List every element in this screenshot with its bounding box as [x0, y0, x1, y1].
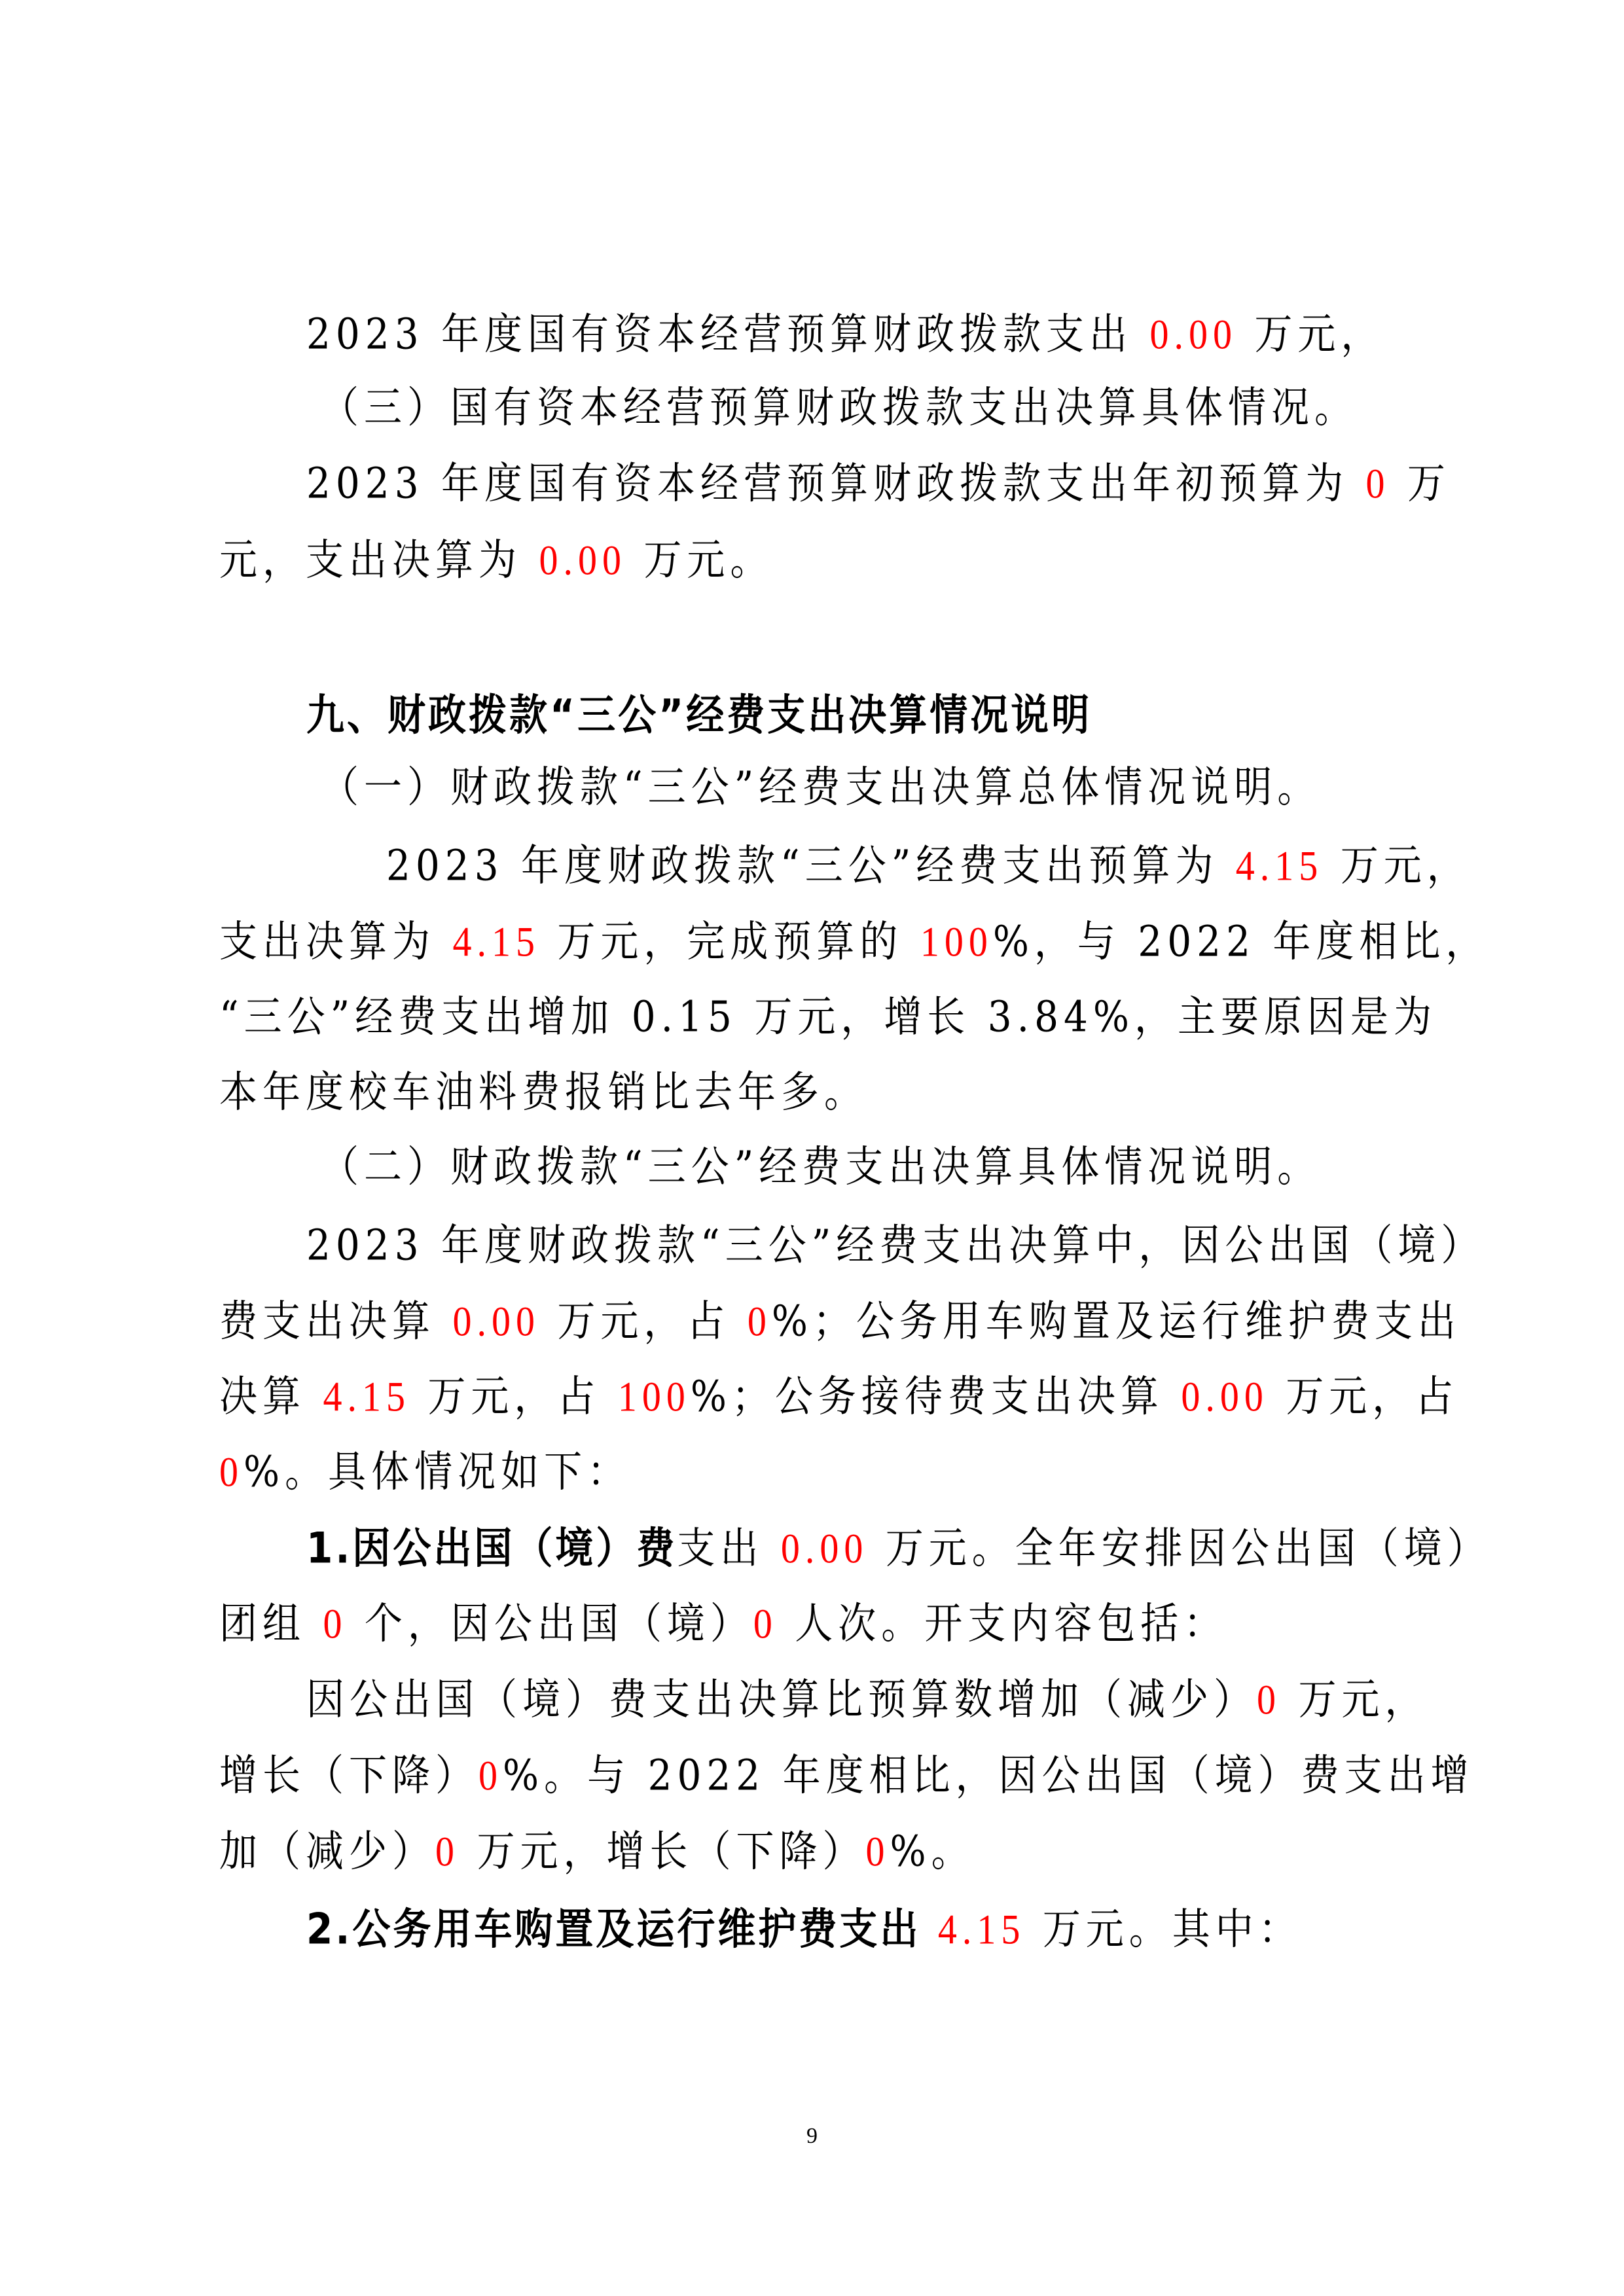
red-value: 0 — [435, 1827, 460, 1875]
text-segment: 本年度校车油料费报销比去年多。 — [219, 1067, 867, 1117]
red-value: 0.00 — [452, 1297, 540, 1345]
text-segment: 支出决算为 — [219, 916, 452, 966]
red-value: 0 — [219, 1448, 244, 1496]
page-number: 9 — [0, 2124, 1624, 2149]
text-segment: 加（减少） — [219, 1826, 435, 1876]
paragraph-line-20: 加（减少）0 万元，增长（下降）0%。 — [219, 1821, 1424, 1880]
text-segment: 万元，增长（下降） — [460, 1826, 865, 1876]
paragraph-line-3: 2023 年度国有资本经营预算财政拨款支出年初预算为 0 万 — [306, 454, 1419, 512]
red-value: 0 — [1365, 459, 1390, 507]
paragraph-line-14: 决算 4.15 万元，占 100%；公务接待费支出决算 0.00 万元，占 — [219, 1367, 1424, 1426]
text-segment: 2023 年度国有资本经营预算财政拨款支出 — [306, 309, 1149, 359]
paragraph-line-17: 团组 0 个，因公出国（境）0 人次。开支内容包括： — [219, 1594, 1424, 1653]
document-page: 2023 年度国有资本经营预算财政拨款支出 0.00 万元， （三）国有资本经营… — [0, 0, 1624, 2296]
text-segment: %；公务用车购置及运行维护费支出 — [772, 1296, 1461, 1346]
text-segment: 万元。其中： — [1025, 1904, 1301, 1954]
text-segment: 费支出决算 — [219, 1296, 452, 1346]
text-segment: 万元，占 — [540, 1296, 748, 1346]
text-segment: （三）国有资本经营预算财政拨款支出决算具体情况。 — [321, 382, 1358, 432]
paragraph-line-8: 支出决算为 4.15 万元，完成预算的 100%，与 2022 年度相比， — [219, 912, 1424, 971]
text-segment: 万元，占 — [410, 1371, 618, 1421]
red-value: 100 — [920, 918, 993, 965]
red-value: 0 — [753, 1600, 778, 1647]
text-segment: 万 — [1390, 458, 1450, 508]
text-segment: 2023 年度财政拨款“三公”经费支出决算中，因公出国（境） — [306, 1220, 1484, 1270]
text-segment: 万元，占 — [1269, 1371, 1458, 1421]
subheading-1: （一）财政拨款“三公”经费支出决算总体情况说明。 — [321, 757, 1525, 816]
paragraph-line-18: 因公出国（境）费支出决算比预算数增加（减少）0 万元， — [306, 1670, 1419, 1729]
red-value: 0.00 — [1181, 1372, 1269, 1420]
red-value: 4.15 — [452, 918, 540, 965]
red-value: 4.15 — [323, 1372, 410, 1420]
red-value: 0 — [865, 1827, 890, 1875]
red-value: 0 — [748, 1297, 772, 1345]
text-segment: %。 — [890, 1826, 974, 1876]
text-segment: %，与 2022 年度相比， — [993, 916, 1489, 966]
paragraph-line-4: 元，支出决算为 0.00 万元。 — [219, 530, 1424, 589]
text-segment: 2023 年度财政拨款“三公”经费支出预算为 — [386, 840, 1236, 890]
text-segment: 支出 — [677, 1523, 780, 1573]
red-value: 0.00 — [1149, 310, 1237, 358]
red-value: 0 — [1257, 1676, 1281, 1723]
paragraph-line-13: 费支出决算 0.00 万元，占 0%；公务用车购置及运行维护费支出 — [219, 1291, 1424, 1350]
item-1-line: 1.因公出国（境）费支出 0.00 万元。全年安排因公出国（境） — [306, 1518, 1419, 1577]
paragraph-line-9: “三公”经费支出增加 0.15 万元，增长 3.84%，主要原因是为 — [219, 987, 1424, 1046]
text-segment: %。具体情况如下： — [244, 1446, 630, 1496]
red-value: 4.15 — [1236, 842, 1324, 889]
heading-text: 九、财政拨款“三公”经费支出决算情况说明 — [306, 690, 1092, 740]
text-segment: （一）财政拨款“三公”经费支出决算总体情况说明。 — [321, 762, 1320, 812]
red-value: 0 — [478, 1751, 503, 1799]
paragraph-line-15: 0%。具体情况如下： — [219, 1442, 1424, 1501]
red-value: 0 — [323, 1600, 347, 1647]
paragraph-line-10: 本年度校车油料费报销比去年多。 — [219, 1062, 1424, 1121]
subheading-3: （三）国有资本经营预算财政拨款支出决算具体情况。 — [321, 378, 1525, 437]
item-2-title: 2.公务用车购置及运行维护费支出 — [306, 1904, 920, 1954]
subheading-2: （二）财政拨款“三公”经费支出决算具体情况说明。 — [321, 1137, 1525, 1196]
text-segment: 万元， — [1323, 840, 1470, 890]
text-segment: “三公”经费支出增加 0.15 万元，增长 3.84%，主要原因是为 — [219, 992, 1437, 1041]
text-segment: 决算 — [219, 1371, 323, 1421]
text-segment: 万元， — [1281, 1674, 1428, 1724]
text-segment: 万元。 — [626, 535, 773, 584]
item-2-line: 2.公务用车购置及运行维护费支出 4.15 万元。其中： — [306, 1899, 1419, 1958]
paragraph-line-19: 增长（下降）0%。与 2022 年度相比，因公出国（境）费支出增 — [219, 1746, 1424, 1804]
red-value: 0.00 — [539, 536, 626, 584]
red-value: 100 — [618, 1372, 691, 1420]
text-segment: %。与 2022 年度相比，因公出国（境）费支出增 — [503, 1750, 1474, 1800]
text-segment: 个，因公出国（境） — [347, 1598, 753, 1648]
text-segment: 2023 年度国有资本经营预算财政拨款支出年初预算为 — [306, 458, 1365, 508]
paragraph-line-7: 2023 年度财政拨款“三公”经费支出预算为 4.15 万元， — [386, 836, 1420, 895]
text-segment: 团组 — [219, 1598, 323, 1648]
text-segment: 人次。开支内容包括： — [778, 1598, 1227, 1648]
red-value: 0.00 — [781, 1524, 869, 1572]
text-segment — [920, 1904, 937, 1954]
text-segment: （二）财政拨款“三公”经费支出决算具体情况说明。 — [321, 1141, 1320, 1191]
text-segment: 万元， — [1237, 309, 1384, 359]
item-1-title: 1.因公出国（境）费 — [306, 1523, 677, 1573]
section-heading-9: 九、财政拨款“三公”经费支出决算情况说明 — [306, 685, 1419, 744]
text-segment: 万元，完成预算的 — [540, 916, 920, 966]
text-segment: 增长（下降） — [219, 1750, 478, 1800]
paragraph-line-12: 2023 年度财政拨款“三公”经费支出决算中，因公出国（境） — [306, 1215, 1419, 1274]
text-segment: 因公出国（境）费支出决算比预算数增加（减少） — [306, 1674, 1257, 1724]
text-segment: 元，支出决算为 — [219, 535, 539, 584]
red-value: 4.15 — [938, 1905, 1026, 1953]
text-segment: %；公务接待费支出决算 — [691, 1371, 1182, 1421]
text-segment: 万元。全年安排因公出国（境） — [868, 1523, 1490, 1573]
paragraph-line-1: 2023 年度国有资本经营预算财政拨款支出 0.00 万元， — [306, 304, 1419, 363]
